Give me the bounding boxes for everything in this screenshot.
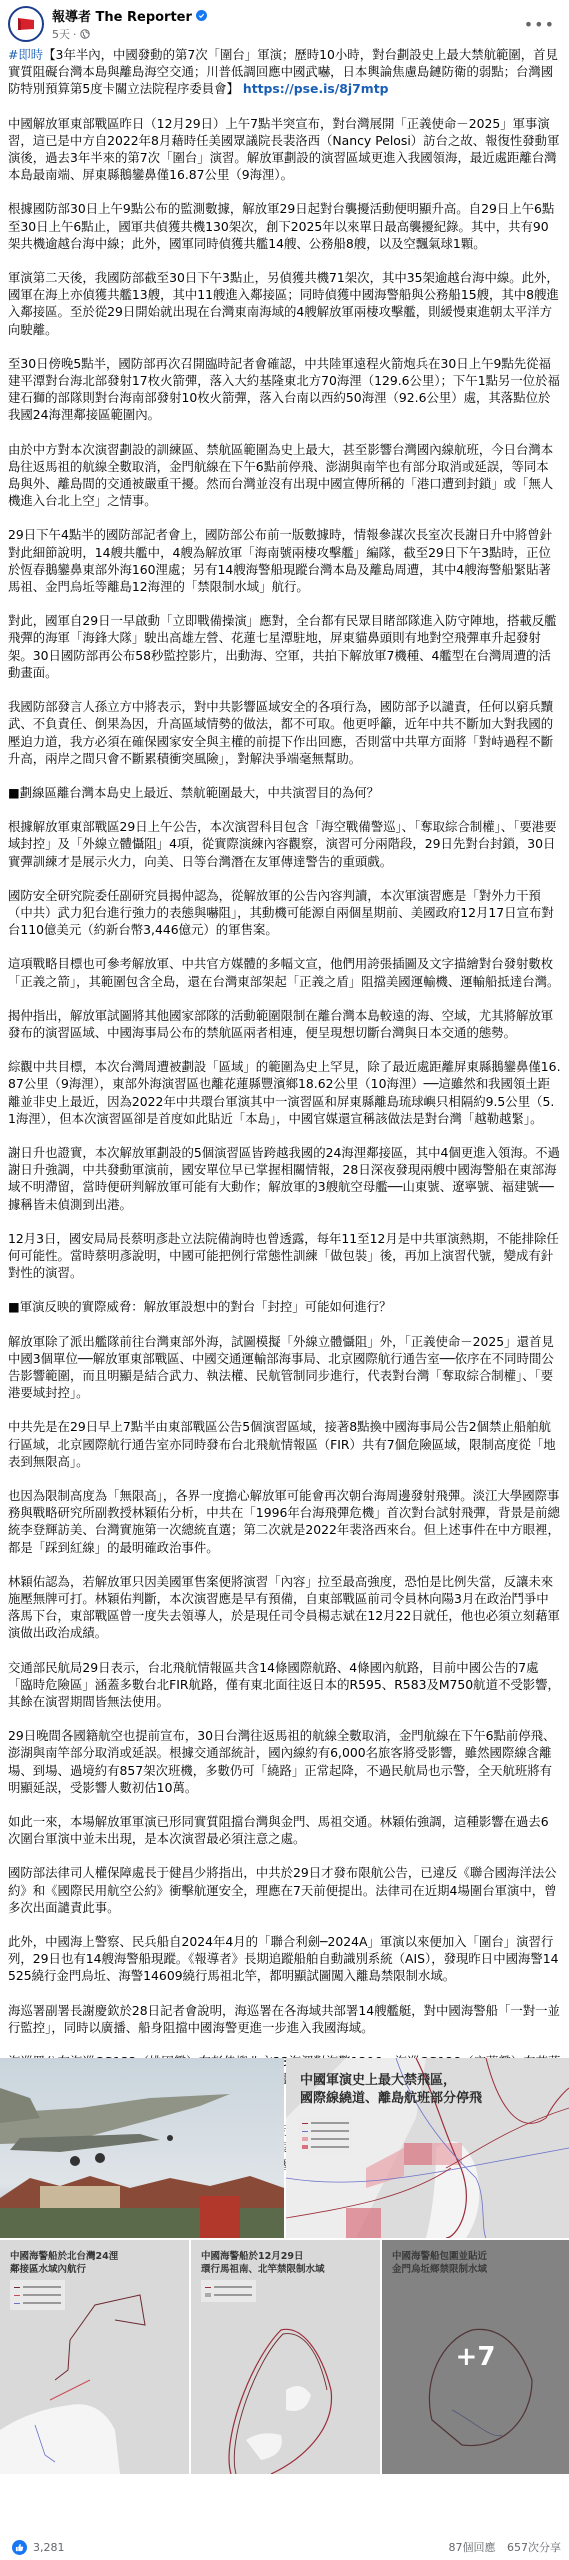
post-timestamp[interactable]: 5天 (52, 26, 70, 42)
article-link[interactable]: https://pse.is/8j7mtp (243, 81, 389, 96)
paragraph: 根據國防部30日上午9點公布的監測數據，解放軍29日起對台襲擾活動便明顯升高。自… (8, 200, 561, 252)
paragraph: 中共先是在29日早上7點半由東部戰區公告5個演習區域，接著8點換中國海事局公告2… (8, 1418, 561, 1470)
hashtag-link[interactable]: #即時 (8, 47, 43, 62)
map-legend (201, 2280, 256, 2302)
map-largest-no-fly-zone[interactable]: 中國軍演史上最大禁飛區， 國際線繞道、離島航班部分停飛 (286, 2058, 569, 2238)
paragraph: 海巡署副署長謝慶欽於28日記者會說明，海巡署在各海域共部署14艘艦艇，對中國海警… (8, 2002, 561, 2036)
paragraph: 也因為限制高度為「無限高」，各界一度擔心解放軍可能會再次朝台海周邊發射飛彈。淡江… (8, 1487, 561, 1556)
like-count: 3,281 (33, 2541, 65, 2554)
paragraph: 我國防部發言人孫立方中將表示，對中共影響區域安全的各項行為，國防部予以譴責，任何… (8, 698, 561, 767)
jet-photo[interactable] (0, 2058, 284, 2238)
map-title: 中國軍演史上最大禁飛區， 國際線繞道、離島航班部分停飛 (300, 2072, 482, 2108)
paragraph: 解放軍除了派出艦隊前往台灣東部外海，試圖模擬「外線立體懾阻」外，「正義使命－20… (8, 1333, 561, 1402)
paragraph: 12月3日，國安局局長蔡明彥赴立法院備詢時也曾透露，每年11至12月是中共軍演熱… (8, 1230, 561, 1282)
paragraph: 29日晚間各國籍航空也提前宣布，30日台灣往返馬祖的航線全數取消，金門航線在下午… (8, 1727, 561, 1796)
paragraph: 29日下午4點半的國防部記者會上，國防部公布前一版數據時，情報參謀次長室次長謝日… (8, 526, 561, 595)
map-legend (298, 2116, 353, 2154)
map-title: 中國海警船於北台灣24浬 鄰接區水域內航行 (10, 2250, 118, 2276)
page-name-link[interactable]: 報導者 The Reporter (52, 6, 192, 25)
paragraph: 如此一來，本場解放軍軍演已形同實質阻擋台灣與金門、馬祖交通。林穎佑強調，這種影響… (8, 1813, 561, 1847)
paragraph: 這項戰略目標也可參考解放軍、中共官方媒體的多幅文宣，他們用誇張插圖及文字描繪對台… (8, 955, 561, 989)
paragraph: 至30日傍晚5點半，國防部再次召開臨時記者會確認，中共陸軍遠程火箭炮兵在30日上… (8, 355, 561, 424)
section-heading: ■劃線區離台灣本島史上最近、禁航範圍最大，中共演習目的為何？ (8, 784, 561, 801)
map-kinmen[interactable]: 中國海警船包圍並貼近 金門烏坵鄉禁限制水域 +7 (382, 2240, 569, 2474)
avatar[interactable] (8, 6, 44, 42)
section-heading: ■軍演反映的實際威脅：解放軍設想中的對台「封控」可能如何進行？ (8, 1298, 561, 1315)
more-photos-count: +7 (456, 2342, 496, 2372)
post-body: #即時【3年半內，中國發動的第7次「圍台」軍演；歷時10小時，對台劃設史上最大禁… (0, 42, 569, 2191)
map-title: 中國海警船於12月29日 環行馬祖南、北竿禁限制水域 (201, 2250, 325, 2276)
photo-grid: 中國軍演史上最大禁飛區， 國際線繞道、離島航班部分停飛 中國海警船於北台灣24浬… (0, 2058, 569, 2474)
paragraph: 交通部民航局29日表示，台北飛航情報區共含14條國際航路、4條國內航路，目前中國… (8, 1659, 561, 1711)
like-reaction-icon (12, 2540, 27, 2555)
flag-logo-icon (17, 17, 35, 31)
paragraph: 根據解放軍東部戰區29日上午公告，本次演習科目包含「海空戰備警巡」、「奪取綜合制… (8, 818, 561, 870)
paragraph: 綜觀中共目標，本次台灣周遭被劃設「區域」的範圍為史上罕見，除了最近處距離屏東縣鵝… (8, 1058, 561, 1127)
map-north-taiwan[interactable]: 中國海警船於北台灣24浬 鄰接區水域內航行 (0, 2240, 189, 2474)
paragraph: 軍演第二天後，我國防部截至30日下午3點止，另偵獲共機71架次，其中35架逾越台… (8, 269, 561, 338)
more-options-button[interactable]: ••• (518, 15, 561, 34)
post-header: 報導者 The Reporter 5天 · ••• (0, 0, 569, 42)
paragraph: 中國解放軍東部戰區昨日（12月29日）上午7點半突宣布，對台灣展開「正義使命－2… (8, 115, 561, 184)
paragraph: 由於中方對本次演習劃設的訓練區、禁航區範圍為史上最大，甚至影響台灣國內線航班，今… (8, 441, 561, 510)
meta-separator: · (73, 28, 77, 41)
map-legend (10, 2280, 65, 2310)
map-matsu[interactable]: 中國海警船於12月29日 環行馬祖南、北竿禁限制水域 (191, 2240, 380, 2474)
more-photos-overlay[interactable]: +7 (382, 2240, 569, 2474)
paragraph: 林穎佑認為，若解放軍只因美國軍售案便將演習「內容」拉至最高強度，恐怕是比例失當，… (8, 1573, 561, 1642)
shares-count-link[interactable]: 657次分享 (507, 2541, 561, 2554)
verified-badge-icon (196, 10, 207, 21)
post-footer: 3,281 87個回應 657次分享 (0, 2534, 569, 2560)
paragraph: 國防部法律司人權保障處長于健昌少將指出，中共於29日才發布限航公告，已違反《聯合… (8, 1864, 561, 1916)
reactions-summary[interactable]: 3,281 (12, 2540, 65, 2555)
globe-icon (80, 29, 90, 39)
facebook-post: 報導者 The Reporter 5天 · ••• #即時【3年半內，中國發動的… (0, 0, 569, 2560)
post-headline-paragraph: #即時【3年半內，中國發動的第7次「圍台」軍演；歷時10小時，對台劃設史上最大禁… (8, 46, 561, 98)
paragraph: 揭仲指出，解放軍試圖將其他國家部隊的活動範圍限制在離台灣本島較遠的海、空域，尤其… (8, 1007, 561, 1041)
paragraph: 國防安全研究院委任副研究員揭仲認為，從解放軍的公告內容判讀，本次軍演習應是「對外… (8, 887, 561, 939)
paragraph: 對此，國軍自29日一早啟動「立即戰備操演」應對，全台都有民眾目睹部隊進入防守陣地… (8, 612, 561, 681)
paragraph: 謝日升也證實，本次解放軍劃設的5個演習區皆跨越我國的24海浬鄰接區，其中4個更進… (8, 1144, 561, 1213)
comments-count-link[interactable]: 87個回應 (449, 2541, 496, 2554)
paragraph: 此外，中國海上警察、民兵船自2024年4月的「聯合利劍─2024A」軍演以來便加… (8, 1933, 561, 1985)
